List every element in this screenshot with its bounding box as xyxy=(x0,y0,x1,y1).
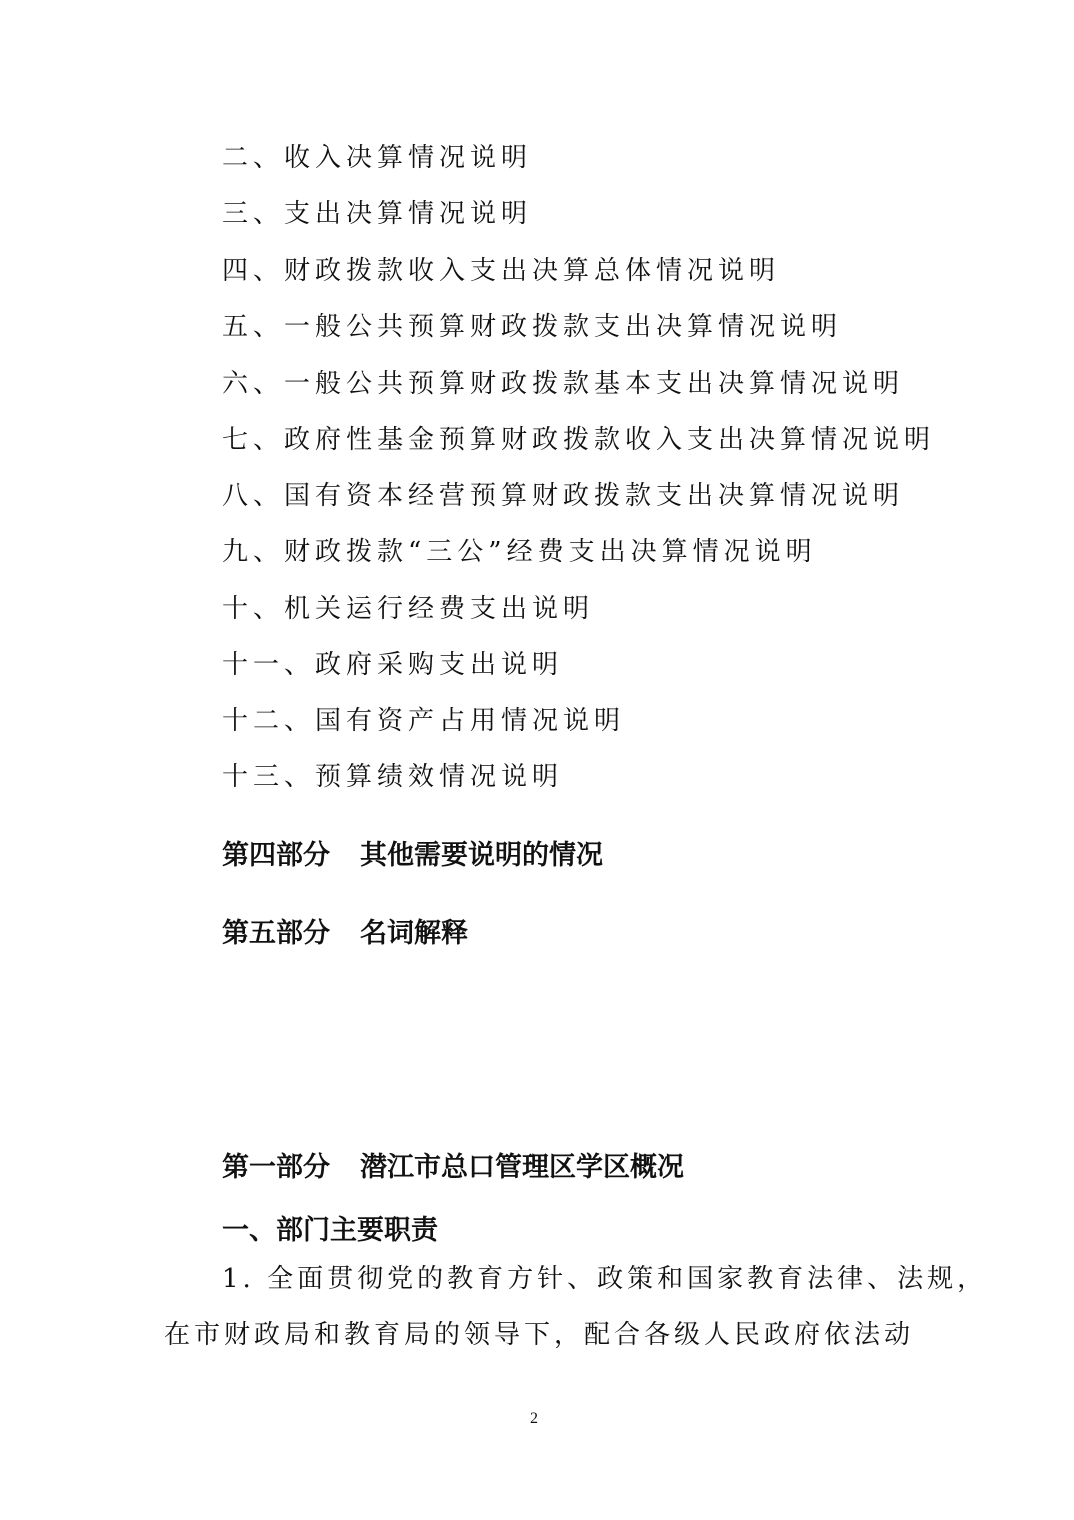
part-title: 潜江市总口管理区学区概况 xyxy=(360,1152,684,1183)
toc-item: 五、一般公共预算财政拨款支出决算情况说明 xyxy=(222,312,842,342)
part-title: 其他需要说明的情况 xyxy=(360,840,603,871)
toc-part-four: 第四部分其他需要说明的情况 xyxy=(222,840,603,872)
toc-item: 十一、政府采购支出说明 xyxy=(222,650,563,680)
toc-item: 八、国有资本经营预算财政拨款支出决算情况说明 xyxy=(222,481,904,511)
part-label: 第一部分 xyxy=(222,1152,330,1183)
toc-item: 四、财政拨款收入支出决算总体情况说明 xyxy=(222,256,780,286)
toc-item: 十三、预算绩效情况说明 xyxy=(222,762,563,792)
part-label: 第四部分 xyxy=(222,840,330,871)
part-one-title: 第一部分潜江市总口管理区学区概况 xyxy=(222,1152,684,1184)
toc-item: 十、机关运行经费支出说明 xyxy=(222,594,594,624)
toc-item: 九、财政拨款“三公”经费支出决算情况说明 xyxy=(222,537,817,567)
toc-part-five: 第五部分名词解释 xyxy=(222,918,468,950)
toc-item: 六、一般公共预算财政拨款基本支出决算情况说明 xyxy=(222,369,904,399)
document-page: 二、收入决算情况说明 三、支出决算情况说明 四、财政拨款收入支出决算总体情况说明… xyxy=(0,0,1074,1520)
paragraph-line: 1. 全面贯彻党的教育方针、政策和国家教育法律、法规， xyxy=(222,1264,987,1294)
page-number: 2 xyxy=(530,1410,538,1428)
part-label: 第五部分 xyxy=(222,918,330,949)
paragraph-line: 在市财政局和教育局的领导下，配合各级人民政府依法动 xyxy=(164,1320,914,1350)
section-heading: 一、部门主要职责 xyxy=(222,1215,438,1247)
toc-item: 十二、国有资产占用情况说明 xyxy=(222,706,625,736)
toc-item: 七、政府性基金预算财政拨款收入支出决算情况说明 xyxy=(222,425,935,455)
toc-item: 二、收入决算情况说明 xyxy=(222,143,532,173)
toc-item: 三、支出决算情况说明 xyxy=(222,199,532,229)
part-title: 名词解释 xyxy=(360,918,468,949)
